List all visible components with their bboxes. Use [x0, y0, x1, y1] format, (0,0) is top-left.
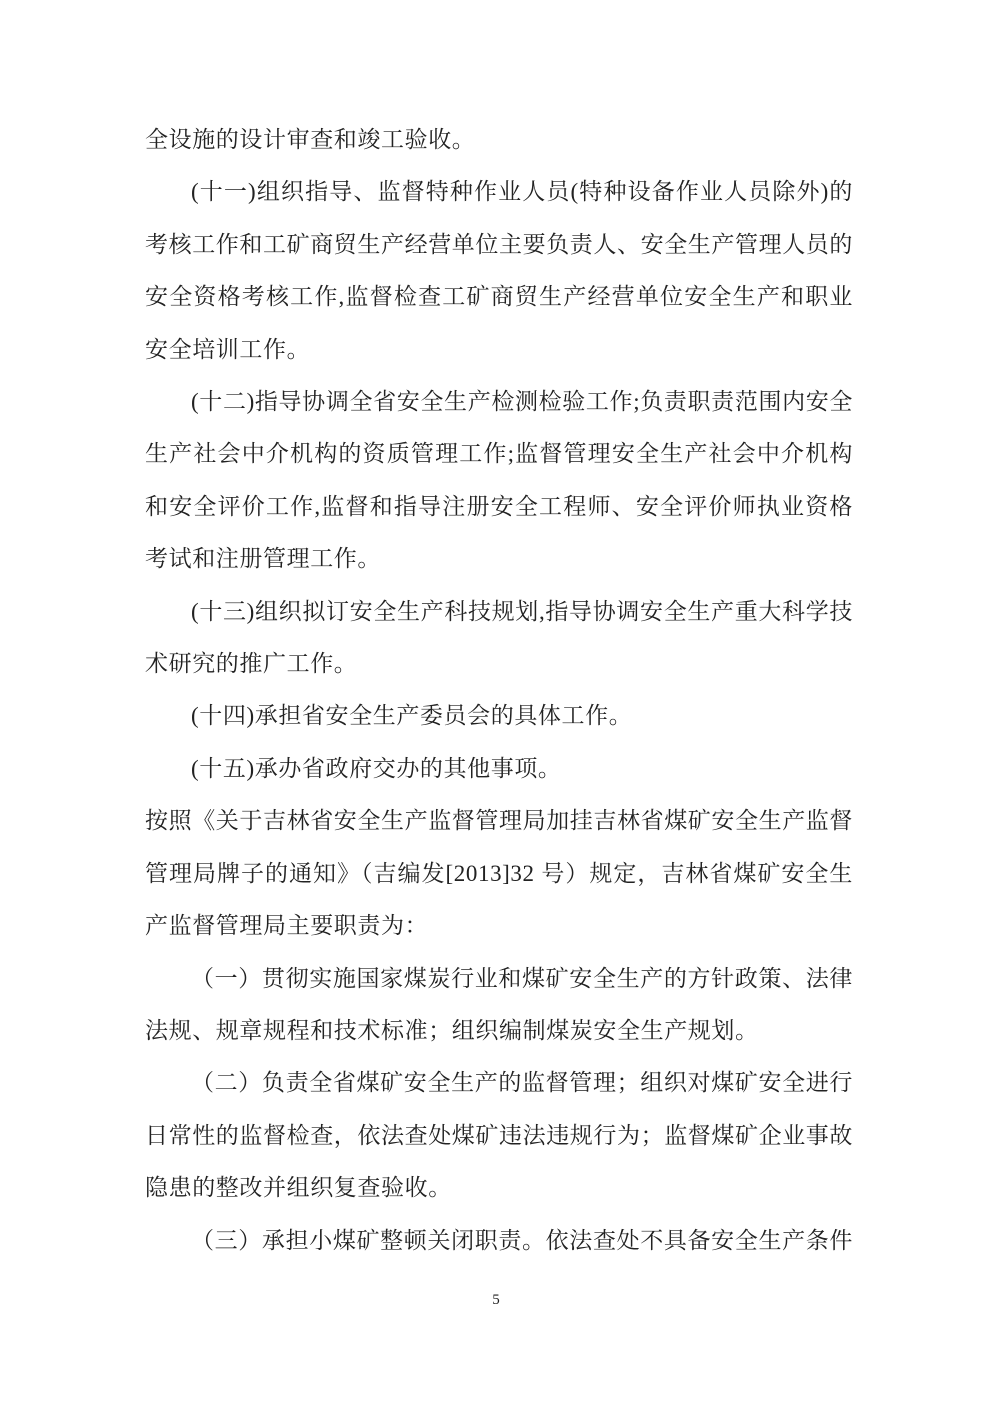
- paragraph-item-15: (十五)承办省政府交办的其他事项。: [145, 743, 853, 795]
- paragraph-duty-3: （三）承担小煤矿整顿关闭职责。依法查处不具备安全生产条件: [145, 1215, 853, 1267]
- paragraph-item-12: (十二)指导协调全省安全生产检测检验工作;负责职责范围内安全生产社会中介机构的资…: [145, 376, 853, 586]
- document-body: 全设施的设计审查和竣工验收。 (十一)组织指导、监督特种作业人员(特种设备作业人…: [145, 114, 853, 1267]
- paragraph-basis-notice: 按照《关于吉林省安全生产监督管理局加挂吉林省煤矿安全生产监督管理局牌子的通知》（…: [145, 795, 853, 952]
- document-page: 全设施的设计审查和竣工验收。 (十一)组织指导、监督特种作业人员(特种设备作业人…: [0, 0, 992, 1403]
- paragraph-duty-1: （一）贯彻实施国家煤炭行业和煤矿安全生产的方针政策、法律法规、规章规程和技术标准…: [145, 953, 853, 1058]
- paragraph-duty-2: （二）负责全省煤矿安全生产的监督管理；组织对煤矿安全进行日常性的监督检查，依法查…: [145, 1057, 853, 1214]
- paragraph-item-13: (十三)组织拟订安全生产科技规划,指导协调安全生产重大科学技术研究的推广工作。: [145, 586, 853, 691]
- page-number: 5: [0, 1290, 992, 1310]
- paragraph-item-11: (十一)组织指导、监督特种作业人员(特种设备作业人员除外)的考核工作和工矿商贸生…: [145, 166, 853, 376]
- paragraph-continuation: 全设施的设计审查和竣工验收。: [145, 114, 853, 166]
- paragraph-item-14: (十四)承担省安全生产委员会的具体工作。: [145, 690, 853, 742]
